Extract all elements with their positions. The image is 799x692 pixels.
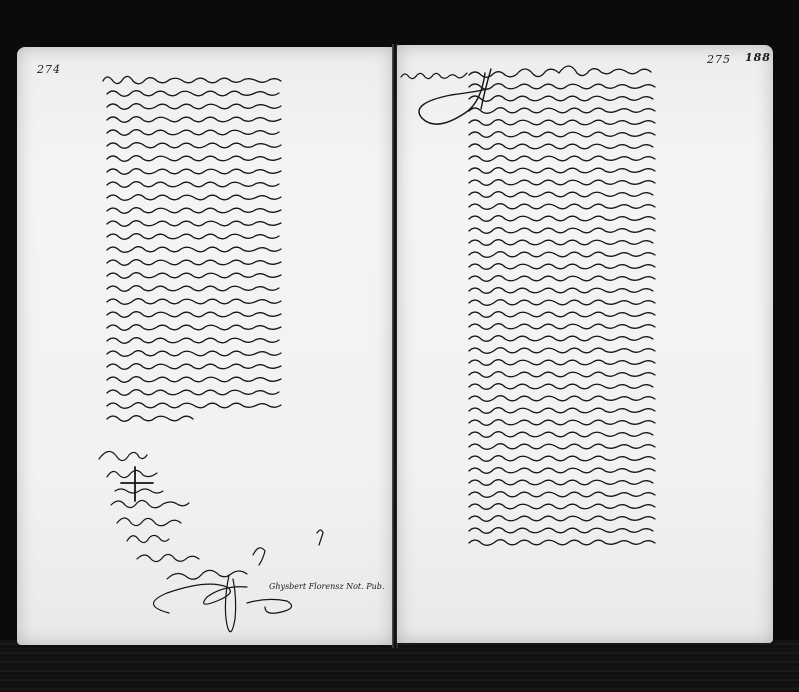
right-manuscript-page: 275 188 bbox=[397, 45, 773, 643]
right-body-text-lines bbox=[469, 66, 655, 545]
left-signatures-block bbox=[99, 451, 323, 631]
notary-title-mark: Ghysbert Florensz Not. Pub. bbox=[269, 582, 384, 591]
left-manuscript-page: 274 bbox=[17, 47, 393, 645]
right-page-handwriting bbox=[397, 45, 773, 643]
left-page-handwriting bbox=[17, 47, 393, 645]
background-scan-streaks bbox=[0, 640, 799, 692]
left-body-text-lines bbox=[103, 76, 281, 421]
